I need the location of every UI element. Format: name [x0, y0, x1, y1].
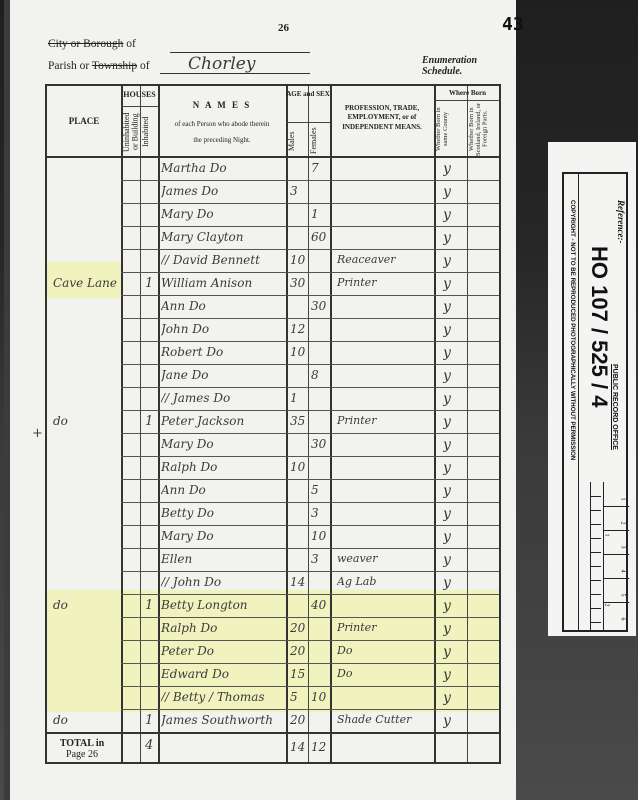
col-header-age-sex: AGE and SEX [286, 90, 330, 98]
row-profession: Reaceaver [337, 253, 433, 266]
row-name: Peter Jackson [161, 414, 285, 428]
row-inhabited: 1 [145, 414, 157, 429]
row-born-county: y [443, 690, 463, 706]
row-born-county: y [443, 575, 463, 591]
row-born-county: y [443, 667, 463, 683]
parish-label: Parish or Township of [48, 60, 150, 72]
row-female-age: 3 [311, 552, 329, 566]
reference-caption: Reference:- [616, 200, 626, 243]
row-name: // Betty / Thomas [161, 690, 285, 704]
row-born-county: y [443, 552, 463, 568]
row-male-age: 5 [290, 690, 308, 704]
row-name: James Do [161, 184, 285, 198]
row-profession: Do [337, 667, 433, 680]
row-female-age: 60 [311, 230, 329, 244]
row-male-age: 1 [290, 391, 308, 405]
enumeration-schedule-label: Enumeration Schedule. [422, 55, 516, 77]
col-header-houses: HOUSES [121, 90, 158, 99]
row-male-age: 20 [290, 644, 308, 658]
row-born-county: y [443, 299, 463, 315]
row-female-age: 40 [311, 598, 329, 612]
measurement-ruler: 1 2 3 4 5 6 1 2 [590, 482, 629, 632]
row-female-age: 10 [311, 529, 329, 543]
col-header-names: N A M E S [158, 100, 286, 110]
row-name: Mary Do [161, 207, 285, 221]
row-male-age: 35 [290, 414, 308, 428]
row-born-county: y [443, 322, 463, 338]
row-name: Robert Do [161, 345, 285, 359]
row-name: James Southworth [161, 713, 285, 727]
row-name: // John Do [161, 575, 285, 589]
row-name: Ann Do [161, 483, 285, 497]
row-name: Martha Do [161, 161, 285, 175]
row-female-age: 30 [311, 437, 329, 451]
row-place: do [53, 598, 119, 612]
total-females: 12 [311, 740, 326, 754]
col-header-females: Females [310, 126, 328, 156]
row-profession: Printer [337, 276, 433, 289]
row-male-age: 15 [290, 667, 308, 681]
row-born-county: y [443, 644, 463, 660]
row-place: do [53, 713, 119, 727]
row-name: Jane Do [161, 368, 285, 382]
row-place: do [53, 414, 119, 428]
col-header-place: PLACE [47, 116, 121, 126]
row-profession: Do [337, 644, 433, 657]
row-male-age: 20 [290, 621, 308, 635]
row-born-county: y [443, 184, 463, 200]
row-name: Betty Do [161, 506, 285, 520]
copyright-notice: COPYRIGHT - NOT TO BE REPRODUCED PHOTOGR… [569, 200, 576, 460]
row-profession: Printer [337, 621, 433, 634]
row-name: Edward Do [161, 667, 285, 681]
row-born-county: y [443, 460, 463, 476]
row-female-age: 30 [311, 299, 329, 313]
row-female-age: 8 [311, 368, 329, 382]
row-name: Mary Clayton [161, 230, 285, 244]
row-male-age: 20 [290, 713, 308, 727]
row-born-county: y [443, 506, 463, 522]
public-record-office: PUBLIC RECORD OFFICE [611, 364, 618, 450]
row-female-age: 3 [311, 506, 329, 520]
row-born-county: y [443, 437, 463, 453]
reference-code: HO 107 / 525 / 4 [586, 246, 612, 407]
row-born-county: y [443, 368, 463, 384]
row-born-county: y [443, 161, 463, 177]
row-born-county: y [443, 483, 463, 499]
col-header-where-born: Where Born [434, 89, 501, 97]
col-header-uninhabited: Uninhabited or Building [123, 108, 139, 156]
row-born-county: y [443, 207, 463, 223]
row-inhabited: 1 [145, 713, 157, 728]
row-born-county: y [443, 230, 463, 246]
row-born-county: y [443, 529, 463, 545]
row-name: // James Do [161, 391, 285, 405]
row-profession: Shade Cutter [337, 713, 433, 726]
row-name: John Do [161, 322, 285, 336]
row-place: Cave Lane [53, 276, 119, 290]
col-header-born-county: Whether Born in same County [436, 102, 466, 156]
col-header-males: Males [288, 126, 306, 156]
row-name: Peter Do [161, 644, 285, 658]
row-name: Ralph Do [161, 460, 285, 474]
census-table: PLACE HOUSES Uninhabited or Building Inh… [45, 84, 501, 764]
row-male-age: 10 [290, 345, 308, 359]
row-female-age: 7 [311, 161, 329, 175]
row-born-county: y [443, 345, 463, 361]
row-name: Betty Longton [161, 598, 285, 612]
col-header-inhabited: Inhabited [142, 108, 157, 156]
row-born-county: y [443, 414, 463, 430]
row-born-county: y [443, 621, 463, 637]
row-profession: weaver [337, 552, 433, 565]
col-header-profession: PROFESSION, TRADE, EMPLOYMENT, or of IND… [330, 104, 434, 132]
row-male-age: 10 [290, 460, 308, 474]
total-inhabited: 4 [145, 738, 153, 753]
row-inhabited: 1 [145, 598, 157, 613]
parish-value: Chorley [188, 54, 255, 74]
row-male-age: 14 [290, 575, 308, 589]
col-header-born-abroad: Whether Born in Scotland, Ireland, or Fo… [469, 102, 499, 156]
row-profession: Printer [337, 414, 433, 427]
col-header-names-sub1: of each Person who abode therein [158, 120, 286, 128]
row-male-age: 10 [290, 253, 308, 267]
row-female-age: 10 [311, 690, 329, 704]
page-number-small: 26 [278, 22, 289, 34]
row-born-county: y [443, 598, 463, 614]
row-profession: Ag Lab [337, 575, 433, 588]
margin-mark: + [32, 426, 43, 441]
row-male-age: 30 [290, 276, 308, 290]
row-inhabited: 1 [145, 276, 157, 291]
col-header-names-sub2: the preceding Night. [158, 136, 286, 144]
row-name: Mary Do [161, 437, 285, 451]
folio-number: 43 [502, 14, 524, 35]
row-name: Ralph Do [161, 621, 285, 635]
row-born-county: y [443, 391, 463, 407]
city-borough-label: City or Borough of [48, 38, 136, 50]
row-male-age: 12 [290, 322, 308, 336]
row-female-age: 1 [311, 207, 329, 221]
row-name: Ann Do [161, 299, 285, 313]
row-born-county: y [443, 276, 463, 292]
total-label: TOTAL in Page 26 [49, 738, 115, 760]
total-males: 14 [290, 740, 305, 754]
row-born-county: y [443, 713, 463, 729]
row-name: Ellen [161, 552, 285, 566]
city-borough-line [170, 52, 310, 53]
row-male-age: 3 [290, 184, 308, 198]
row-name: William Anison [161, 276, 285, 290]
row-name: Mary Do [161, 529, 285, 543]
row-born-county: y [443, 253, 463, 269]
row-female-age: 5 [311, 483, 329, 497]
row-name: // David Bennett [161, 253, 285, 267]
